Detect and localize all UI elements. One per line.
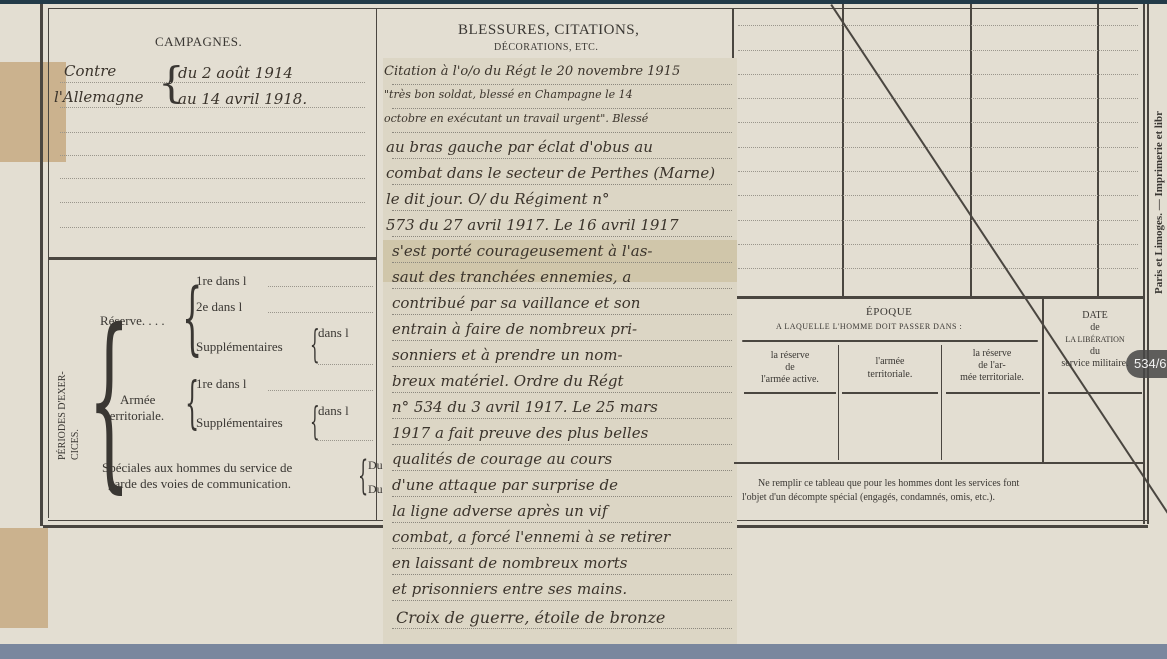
grid-col-1 <box>842 4 844 296</box>
citation-line: n° 534 du 3 avril 1917. Le 25 mars <box>392 398 658 416</box>
citation-line: 1917 a fait preuve des plus belles <box>392 424 648 442</box>
date-header-line: LA LIBÉRATION <box>1046 334 1144 346</box>
armee-suppl-brace: { <box>310 402 320 440</box>
citation-line: s'est porté courageusement à l'as- <box>392 242 653 260</box>
citation-line: contribué par sa vaillance et son <box>392 294 640 312</box>
campagnes-dotted-row <box>60 107 365 108</box>
epoque-header-2: A LAQUELLE L'HOMME DOIT PASSER DANS : <box>776 322 962 331</box>
grid-dotted-row <box>738 220 1138 221</box>
divider-campagnes <box>376 8 377 520</box>
speciales-line-2: garde des voies de communication. <box>108 476 291 492</box>
slip-rule <box>392 108 732 109</box>
slip-rule <box>392 210 732 211</box>
speciales-line-1: Spéciales aux hommes du service de <box>102 460 292 476</box>
grid-dotted-row <box>738 171 1138 172</box>
armee-label-1: Armée <box>120 392 155 408</box>
grid-col-2 <box>970 4 972 296</box>
reserve-suppl-brace: { <box>310 325 320 363</box>
citation-line: saut des tranchées ennemies, a <box>392 268 631 286</box>
citation-line: 573 du 27 avril 1917. Le 16 avril 1917 <box>386 216 679 234</box>
slip-rule <box>392 184 732 185</box>
slip-rule <box>392 418 732 419</box>
citation-line: en laissant de nombreux morts <box>392 554 628 572</box>
campagnes-entry-left-1: Contre <box>64 62 116 80</box>
grid-col-3 <box>1097 4 1099 296</box>
citation-line: la ligne adverse après un vif <box>392 502 607 520</box>
grid-dotted-row <box>738 195 1138 196</box>
slip-rule <box>392 522 732 523</box>
grid-dotted-row <box>738 244 1138 245</box>
slip-rule <box>392 158 732 159</box>
epoque-col-3-line: mée territoriale. <box>944 372 1040 384</box>
armee-row-suppl: Supplémentaires <box>196 415 283 431</box>
epoque-brace-line <box>742 340 1038 342</box>
slip-rule <box>392 314 732 315</box>
slip-rule <box>392 366 732 367</box>
campagnes-entry-left-2: l'Allemagne <box>54 88 144 106</box>
grid-dotted-row <box>738 25 1138 26</box>
citation-line: Croix de guerre, étoile de bronze <box>396 608 665 627</box>
periodes-label-line1: PÉRIODES D'EXER- <box>57 371 68 460</box>
slip-rule <box>392 392 732 393</box>
epoque-col-2-line: l'armée <box>842 355 938 368</box>
slip-rule <box>392 496 732 497</box>
slip-rule <box>392 600 732 601</box>
epoque-rule <box>744 392 836 394</box>
slip-rule <box>392 84 732 85</box>
speciales-du-1: Du <box>368 458 383 473</box>
grid-dotted-row <box>738 147 1138 148</box>
epoque-rule <box>842 392 938 394</box>
grid-dotted-row <box>738 98 1138 99</box>
campagnes-header: CAMPAGNES. <box>155 34 242 50</box>
tape-strip-top <box>0 62 66 162</box>
armee-label-2: territoriale. <box>106 408 164 424</box>
reserve-row-1: 1re dans l <box>196 273 247 289</box>
grid-dotted-row <box>738 50 1138 51</box>
citation-line: le dit jour. O/ du Régiment n° <box>386 190 609 208</box>
periodes-vertical-label: PÉRIODES D'EXER- CICES. <box>56 300 82 460</box>
grid-bottom <box>734 296 1144 299</box>
citation-line: Citation à l'o/o du Régt le 20 novembre … <box>384 64 680 79</box>
grid-dotted-row <box>738 74 1138 75</box>
epoque-rule <box>946 392 1040 394</box>
epoque-rule <box>1048 392 1142 394</box>
epoque-table-bottom <box>734 462 1144 464</box>
campagnes-dotted-row <box>60 155 365 156</box>
citation-line: combat, a forcé l'ennemi à se retirer <box>392 528 670 546</box>
slip-rule <box>392 236 732 237</box>
epoque-col-1: la réserve de l'armée active. <box>744 350 836 386</box>
campagnes-dotted-row <box>60 202 365 203</box>
blessures-header-1: BLESSURES, CITATIONS, <box>458 22 639 39</box>
tape-strip-bottom <box>0 528 48 628</box>
epoque-note-line-2: l'objet d'un décompte spécial (engagés, … <box>742 492 995 503</box>
epoque-col-2: l'armée territoriale. <box>842 355 938 381</box>
campagnes-dotted-row <box>60 132 365 133</box>
epoque-col-1-line: la réserve <box>744 350 836 362</box>
epoque-table-divider <box>1042 299 1044 462</box>
slip-rule <box>392 262 732 263</box>
viewer-bottom-bar <box>0 644 1167 659</box>
epoque-col-3-line: la réserve <box>944 348 1040 360</box>
citation-line: "très bon soldat, blessé en Champagne le… <box>384 88 633 101</box>
periodes-dotted-row <box>268 312 373 313</box>
epoque-col-1-line: l'armée active. <box>744 374 836 386</box>
epoque-col-3-line: de l'ar- <box>944 360 1040 372</box>
epoque-col-divider <box>941 345 942 460</box>
citation-line: sonniers et à prendre un nom- <box>392 346 623 364</box>
citation-line: entrain à faire de nombreux pri- <box>392 320 637 338</box>
grid-dotted-row <box>738 268 1138 269</box>
periodes-dotted-row <box>268 286 373 287</box>
armee-row-1: 1re dans l <box>196 376 247 392</box>
campagnes-dotted-row <box>60 178 365 179</box>
reserve-row-2: 2e dans l <box>196 299 242 315</box>
page-counter-badge[interactable]: 534/6 <box>1126 350 1167 378</box>
periodes-dotted-row <box>318 440 373 441</box>
slip-rule <box>392 288 732 289</box>
epoque-col-divider <box>838 345 839 460</box>
frame-left-inner <box>48 8 49 518</box>
epoque-col-2-line: territoriale. <box>842 368 938 381</box>
divider-periodes <box>48 257 376 260</box>
campagnes-entry-right-2: au 14 avril 1918. <box>178 90 307 108</box>
date-header-line: DATE <box>1046 310 1144 322</box>
frame-top <box>48 8 1138 9</box>
slip-rule <box>392 548 732 549</box>
slip-rule <box>392 132 732 133</box>
grid-dotted-row <box>738 122 1138 123</box>
citation-line: et prisonniers entre ses mains. <box>392 580 627 598</box>
citation-line: breux matériel. Ordre du Régt <box>392 372 624 390</box>
speciales-du-2: Du <box>368 482 383 497</box>
citation-line: d'une attaque par surprise de <box>392 476 618 494</box>
epoque-note-line-1: Ne remplir ce tableau que pour les homme… <box>758 478 1019 489</box>
campagnes-dotted-row <box>60 227 365 228</box>
date-header-line: de <box>1046 322 1144 334</box>
campagnes-entry-right-1: du 2 août 1914 <box>178 64 293 82</box>
periodes-label-line2: CICES. <box>70 429 81 460</box>
slip-rule <box>392 628 732 629</box>
reserve-suppl-dans: dans l <box>318 325 349 341</box>
grid-right-edge-2 <box>1147 4 1149 524</box>
citation-line: octobre en exécutant un travail urgent".… <box>384 112 648 125</box>
periodes-dotted-row <box>318 364 373 365</box>
citation-line: au bras gauche par éclat d'obus au <box>386 138 653 156</box>
grid-right-edge <box>1143 4 1145 524</box>
epoque-header-1: ÉPOQUE <box>866 306 912 318</box>
slip-rule <box>392 574 732 575</box>
periodes-dotted-row <box>268 390 373 391</box>
armee-suppl-dans: dans l <box>318 403 349 419</box>
epoque-col-3: la réserve de l'ar- mée territoriale. <box>944 348 1040 384</box>
campagnes-dotted-row <box>60 82 365 83</box>
epoque-col-1-line: de <box>744 362 836 374</box>
citation-line: qualités de courage au cours <box>392 450 612 468</box>
reserve-label: Réserve. . . . <box>100 313 165 329</box>
reserve-row-suppl: Supplémentaires <box>196 339 283 355</box>
blessures-header-2: DÉCORATIONS, ETC. <box>494 42 598 53</box>
citation-line: combat dans le secteur de Perthes (Marne… <box>386 164 715 182</box>
slip-rule <box>392 340 732 341</box>
speciales-brace: { <box>358 456 368 496</box>
slip-rule <box>392 444 732 445</box>
slip-rule <box>392 470 732 471</box>
frame-left-outer <box>40 4 43 526</box>
printer-imprint: Paris et Limoges. — Imprimerie et libr <box>1153 4 1165 294</box>
